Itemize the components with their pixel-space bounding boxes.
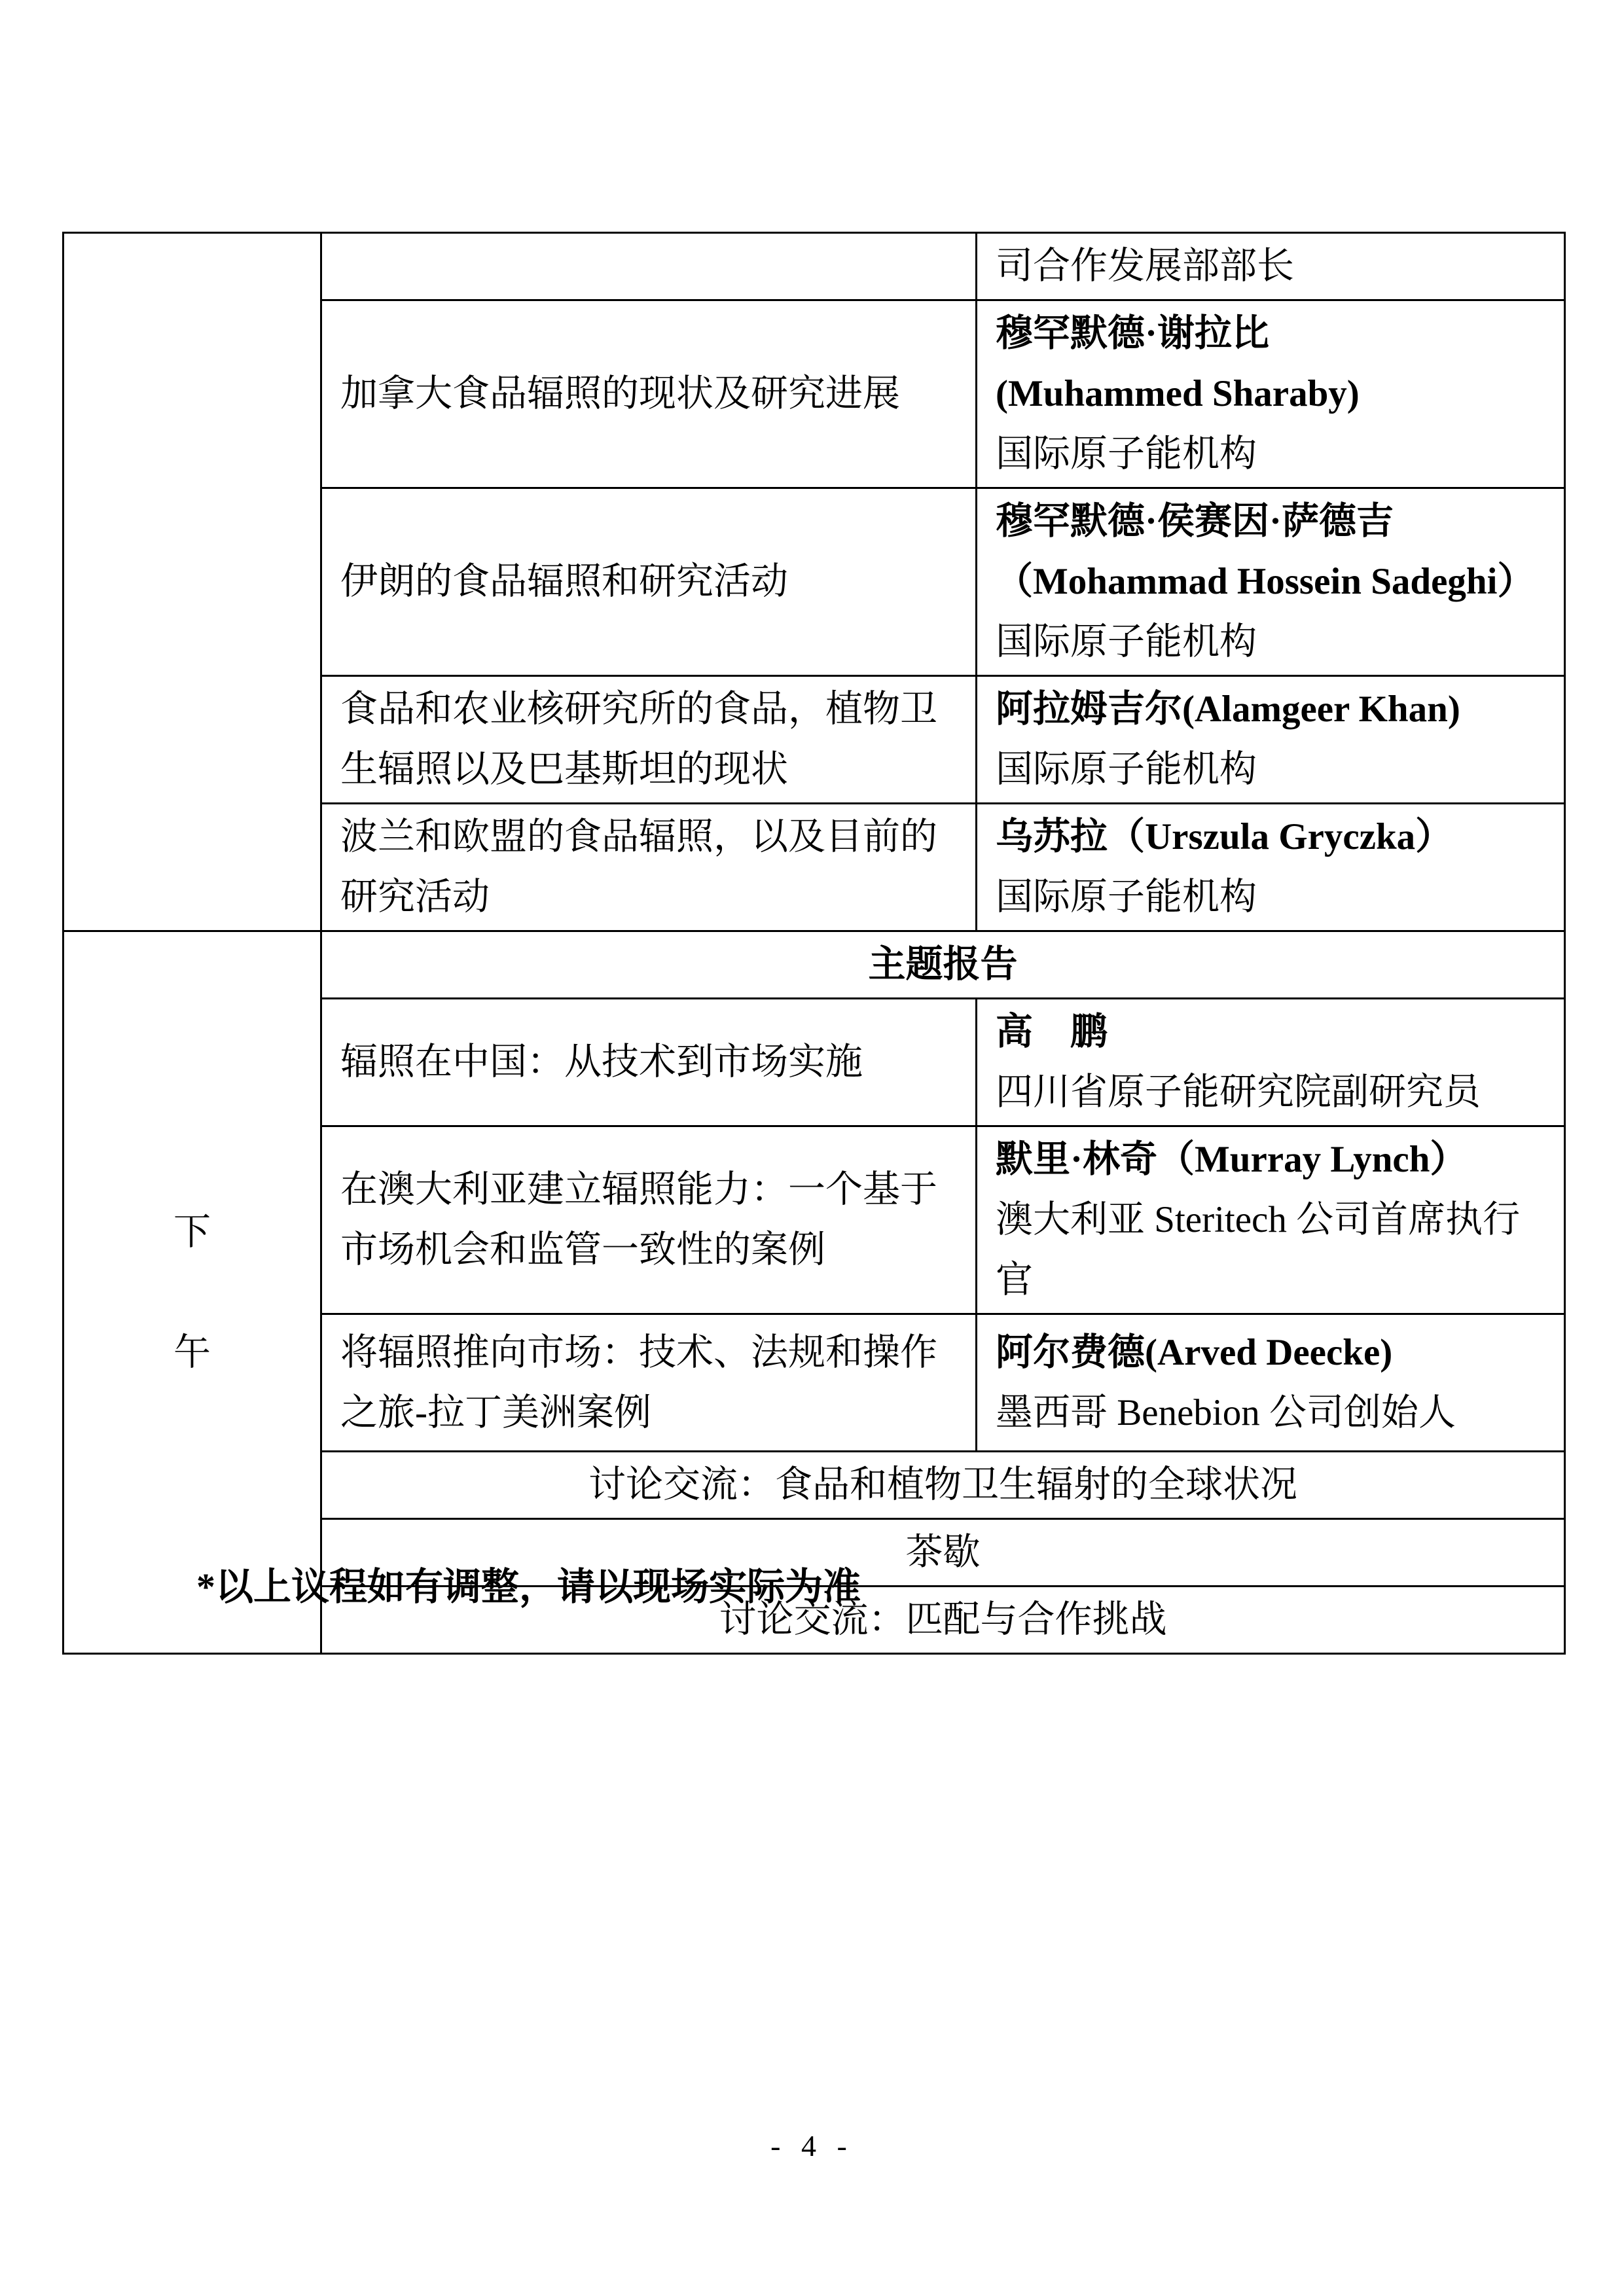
afternoon-time-cell: 下 午 xyxy=(63,931,321,1654)
speaker-cell: 阿拉姆吉尔(Alamgeer Khan) 国际原子能机构 xyxy=(977,676,1565,804)
speaker-cell: 穆罕默德·侯赛因·萨德吉 （Mohammad Hossein Sadeghi） … xyxy=(977,488,1565,676)
agenda-row-section-header: 下 午 主题报告 xyxy=(63,931,1565,999)
speaker-org: 国际原子能机构 xyxy=(996,867,1545,927)
speaker-cell: 乌苏拉（Urszula Gryczka） 国际原子能机构 xyxy=(977,804,1565,931)
topic-cell: 波兰和欧盟的食品辐照，以及目前的研究活动 xyxy=(321,804,977,931)
speaker-org: 四川省原子能研究院副研究员 xyxy=(996,1062,1545,1122)
document-page: 司合作发展部部长 加拿大食品辐照的现状及研究进展 穆罕默德·谢拉比 (Muham… xyxy=(0,0,1624,2296)
afternoon-label-char-top: 下 xyxy=(82,1202,302,1263)
speaker-org: 墨西哥 Benebion 公司创始人 xyxy=(996,1383,1545,1443)
agenda-table: 司合作发展部部长 加拿大食品辐照的现状及研究进展 穆罕默德·谢拉比 (Muham… xyxy=(62,232,1566,1655)
speaker-org: 国际原子能机构 xyxy=(996,612,1545,672)
speaker-org: 司合作发展部部长 xyxy=(996,236,1545,296)
speaker-name: 阿拉姆吉尔(Alamgeer Khan) xyxy=(996,679,1545,740)
speaker-cell: 默里·林奇（Murray Lynch） 澳大利亚 Steritech 公司首席执… xyxy=(977,1126,1565,1314)
speaker-cell: 高 鹏 四川省原子能研究院副研究员 xyxy=(977,999,1565,1126)
speaker-cell: 司合作发展部部长 xyxy=(977,233,1565,300)
speaker-name-en: （Mohammad Hossein Sadeghi） xyxy=(996,552,1545,612)
afternoon-label-char-bottom: 午 xyxy=(82,1323,302,1383)
speaker-name: 默里·林奇（Murray Lynch） xyxy=(996,1130,1545,1190)
topic-cell: 伊朗的食品辐照和研究活动 xyxy=(321,488,977,676)
topic-cell: 食品和农业核研究所的食品，植物卫生辐照以及巴基斯坦的现状 xyxy=(321,676,977,804)
morning-time-cell xyxy=(63,233,321,931)
speaker-name: 穆罕默德·谢拉比 xyxy=(996,304,1545,364)
speaker-org: 国际原子能机构 xyxy=(996,424,1545,484)
speaker-cell: 阿尔费德(Arved Deecke) 墨西哥 Benebion 公司创始人 xyxy=(977,1314,1565,1452)
plenary-discussion: 讨论交流：食品和植物卫生辐射的全球状况 xyxy=(321,1452,1565,1519)
speaker-name: 穆罕默德·侯赛因·萨德吉 xyxy=(996,492,1545,552)
speaker-name: 高 鹏 xyxy=(996,1002,1545,1062)
section-header: 主题报告 xyxy=(321,931,1565,999)
speaker-org: 国际原子能机构 xyxy=(996,740,1545,800)
page-number: - 4 - xyxy=(0,2131,1624,2161)
topic-cell xyxy=(321,233,977,300)
topic-cell: 在澳大利亚建立辐照能力：一个基于市场机会和监管一致性的案例 xyxy=(321,1126,977,1314)
agenda-adjustment-note: *以上议程如有调整，请以现场实际为准 xyxy=(196,1564,861,1610)
agenda-row-continuation: 司合作发展部部长 xyxy=(63,233,1565,300)
topic-cell: 辐照在中国：从技术到市场实施 xyxy=(321,999,977,1126)
time-label-gap xyxy=(82,1263,302,1323)
speaker-name-en: (Muhammed Sharaby) xyxy=(996,364,1545,424)
topic-cell: 加拿大食品辐照的现状及研究进展 xyxy=(321,300,977,488)
speaker-cell: 穆罕默德·谢拉比 (Muhammed Sharaby) 国际原子能机构 xyxy=(977,300,1565,488)
speaker-name: 阿尔费德(Arved Deecke) xyxy=(996,1323,1545,1383)
speaker-name: 乌苏拉（Urszula Gryczka） xyxy=(996,807,1545,867)
topic-cell: 将辐照推向市场：技术、法规和操作之旅-拉丁美洲案例 xyxy=(321,1314,977,1452)
speaker-org: 澳大利亚 Steritech 公司首席执行官 xyxy=(996,1190,1545,1310)
